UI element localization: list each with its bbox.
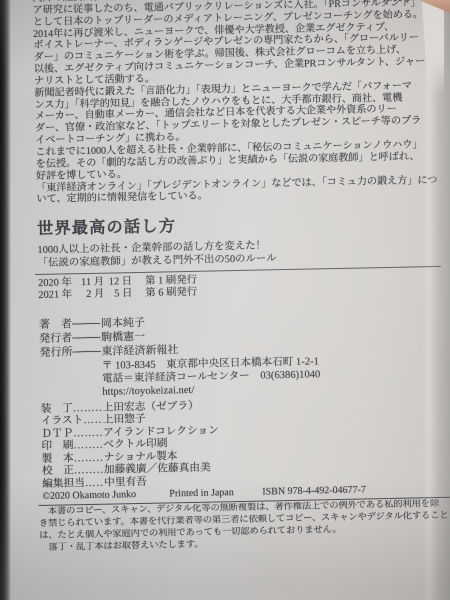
edition-year: 2021 年 (38, 289, 76, 302)
edition-year: 2020 年 (38, 277, 76, 290)
edition-printing: 第 6 刷発行 (145, 287, 197, 300)
printed-in-japan: Printed in Japan (169, 487, 262, 501)
credit-label: 製 本 (42, 452, 74, 465)
author-bio: 内外の経済人、政治家を多数取材する。2001年に退社後、渡米してメディ ア研究に… (32, 0, 428, 206)
credit-value: 加藤義廣／佐藤真由美 (104, 462, 211, 477)
leader-dots: …………… (73, 427, 103, 440)
edition-month: 2 月 (76, 289, 104, 302)
credit-value: 中里有吾 (104, 476, 147, 489)
edition-history: 2020 年 11 月 12 日 第 1 刷発行 2021 年 2 月 5 日 … (38, 270, 430, 302)
publication-info: 著 者──── 岡本純子 発行者──── 駒橋憲一 発行所──── 東洋経済新報… (39, 312, 433, 400)
copyright-notice: ©2020 Okamoto Junko (42, 489, 169, 504)
publisher-person-label: 発行者 (39, 333, 72, 347)
leader-dots: …………… (74, 464, 104, 477)
page-text: ンク社長な 内外の経済人、政治家を多数取材する。2001年に退社後、渡米してメデ… (32, 0, 435, 555)
edition-day: 5 日 (104, 288, 132, 301)
leader-dots: ………… (85, 477, 104, 490)
leader-line: ──── (72, 318, 101, 332)
edition-month: 11 月 (76, 277, 104, 290)
book-title: 世界最高の話し方 (37, 211, 429, 240)
publisher-person-name: 駒橋憲一 (101, 331, 145, 346)
credit-value: 上田宏志（ゼブラ） (103, 400, 199, 414)
leader-dots: …………… (73, 402, 103, 415)
label-wrap: 発行所──── (39, 346, 101, 361)
legal-notice: 本書のコピー、スキャン、デジタル化等の無断複製は、著作権法上での例外である私的利… (39, 499, 450, 555)
label-wrap: 著 者──── (39, 318, 101, 333)
leader-dots: …………… (73, 439, 103, 452)
isbn: ISBN 978-4-492-04677-7 (262, 485, 366, 500)
leader-dots: …………… (74, 452, 104, 465)
credit-label: 校 正 (42, 465, 74, 478)
author-name: 岡本純子 (101, 317, 145, 332)
publisher-name: 東洋経済新報社 (101, 344, 178, 359)
leader-dots: …………… (83, 414, 103, 427)
label-wrap: 編集担当………… (42, 477, 104, 491)
credit-label: 印 刷 (41, 440, 73, 453)
leader-line: ──── (72, 332, 101, 346)
leader-line: ──── (72, 346, 101, 360)
credit-label: 編集担当 (42, 477, 85, 490)
credit-value: 上田惣子 (103, 413, 146, 426)
book-colophon-photo: ンク社長な 内外の経済人、政治家を多数取材する。2001年に退社後、渡米してメデ… (0, 0, 450, 600)
credit-label: イラスト (41, 414, 84, 427)
publisher-label: 発行所 (39, 346, 72, 360)
credit-label: 装 丁 (41, 402, 73, 415)
production-credits: 装 丁…………… 上田宏志（ゼブラ） イラスト…………… 上田惣子 ＤＴＰ………… (41, 395, 435, 490)
author-label: 著 者 (39, 319, 72, 333)
credit-label: ＤＴＰ (41, 427, 73, 440)
book-spine-shadow (0, 0, 11, 600)
edition-day: 12 日 (104, 276, 132, 289)
label-wrap: 発行者──── (39, 332, 101, 347)
